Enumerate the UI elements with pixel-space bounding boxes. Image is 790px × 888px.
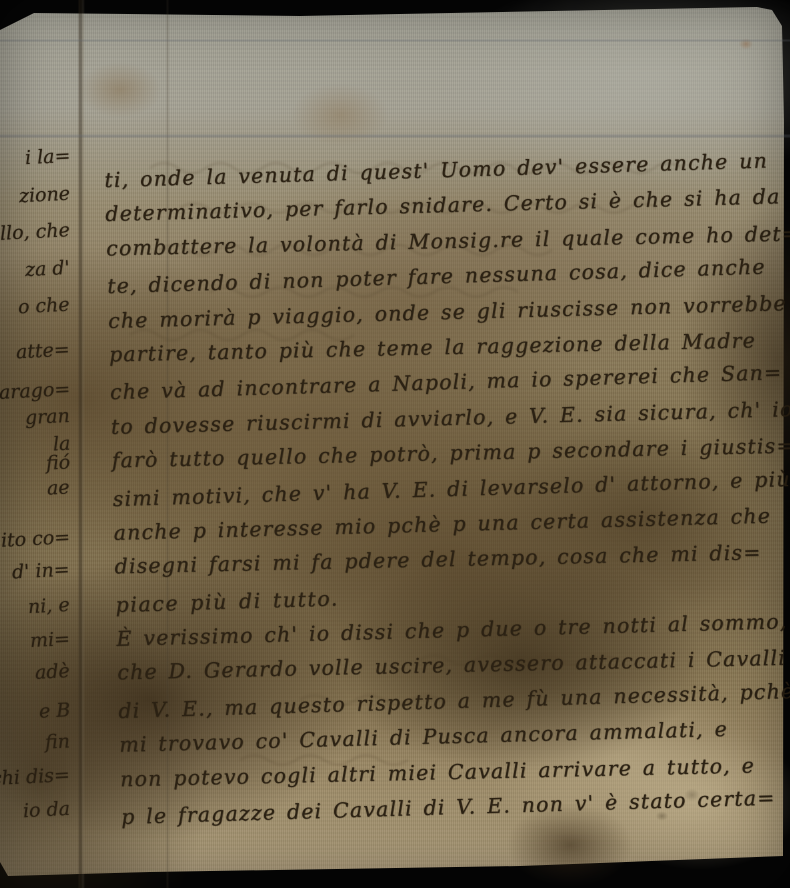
left-page-fragment: llo, che (0, 219, 71, 245)
left-page-fragment: e B (38, 699, 70, 723)
left-page-fragment: gran (25, 405, 71, 429)
left-page-fragment: zione (18, 183, 70, 208)
left-page-fragment: fin (45, 730, 71, 753)
left-page-fragment: atte= (16, 339, 71, 364)
left-page-fragment: za d' (25, 257, 71, 281)
left-page-fragment: fió (45, 451, 70, 474)
left-page-fragment: adè (35, 660, 71, 684)
left-page-fragment: ae (47, 476, 71, 499)
left-page-fragment: d' in= (12, 559, 71, 584)
left-page-fragment: io da (22, 798, 70, 822)
letter-text: ti, onde la venuta di quest' Uomo dev' e… (104, 144, 790, 834)
manuscript-photo: i la= zione llo, che za d' o che atte= a… (0, 0, 790, 888)
left-page-fragment: i la= (24, 145, 71, 169)
left-page-fragment: o che (18, 294, 71, 319)
left-page-fragment: arago= (0, 378, 71, 404)
left-page-fragment: ito co= (0, 526, 70, 552)
left-page-fragment: chi dis= (0, 764, 71, 790)
left-page-fragment: ni, e (28, 594, 71, 618)
left-page-fragment: mi= (29, 628, 70, 652)
left-page-edge: i la= zione llo, che za d' o che atte= a… (0, 0, 76, 888)
